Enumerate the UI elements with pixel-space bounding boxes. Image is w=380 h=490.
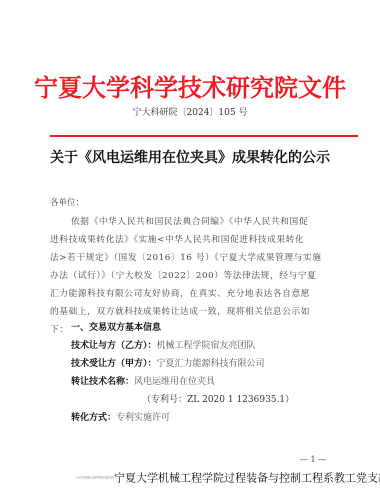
section-heading: 一、交易双方基本信息 — [71, 320, 161, 333]
patent-number: （专利号：ZL 2020 1 1236935.1） — [142, 392, 294, 405]
watermark-small-text: 公众号机械工程学院党委宣传 — [75, 476, 114, 480]
field-value: 专利实施许可 — [116, 413, 170, 423]
body-paragraph-line: 依据《中华人民共和国民法典合同编》《中华人民共和国促 — [71, 215, 308, 227]
field-value: 风电运维用在位夹具 — [134, 377, 215, 387]
salutation: 各单位： — [50, 196, 84, 208]
field-value: 宁夏汇力能源科技有限公司 — [157, 359, 265, 369]
body-paragraph-line: 汇力能源科技有限公司友好协商，在真实、充分地表达各自意愿 — [50, 287, 310, 299]
field-label: 转化方式： — [71, 413, 116, 423]
field-transfer-method: 转化方式：专利实施许可 — [71, 410, 170, 423]
field-label: 技术受让方（甲方）： — [71, 359, 157, 369]
field-transferee: 技术受让方（甲方）：宁夏汇力能源科技有限公司 — [71, 356, 265, 369]
masthead-title: 宁夏大学科学技术研究院文件 — [0, 68, 380, 103]
body-paragraph-line: 的基础上，双方就科技成果转让达成一致，现将相关信息公示如 — [50, 305, 310, 317]
document-number: 宁大科研院〔2024〕105 号 — [0, 105, 380, 118]
watermark-large-text: 宁夏大学机械工程学院过程装备与控制工程系教工党支部 — [114, 472, 380, 485]
document-title: 关于《风电运维用在位夹具》成果转化的公示 — [50, 147, 330, 167]
body-paragraph-line: 下： — [50, 323, 69, 335]
field-technology-name: 转让技术名称：风电运维用在位夹具 — [71, 374, 215, 387]
page-number: — 1 — — [300, 455, 326, 464]
field-label: 转让技术名称： — [71, 377, 134, 387]
field-label: 技术让与方（乙方）： — [71, 341, 157, 351]
field-value: 机械工程学院宿友亮团队 — [157, 341, 256, 351]
red-divider-rule — [50, 135, 358, 137]
field-transferor: 技术让与方（乙方）：机械工程学院宿友亮团队 — [71, 338, 256, 351]
body-paragraph-line: 办法（试行）》（宁大校发〔2022〕200）等法律法规，经与宁夏 — [50, 269, 316, 281]
body-paragraph-line: 进科技成果转化法》《实施<中华人民共和国促进科技成果转化 — [50, 233, 304, 245]
body-paragraph-line: 法>若干规定》（国发〔2016〕16 号）《宁夏大学成果管理与实施 — [50, 251, 322, 263]
watermark: 公众号机械工程学院党委宣传宁夏大学机械工程学院过程装备与控制工程系教工党支部 — [75, 467, 380, 486]
